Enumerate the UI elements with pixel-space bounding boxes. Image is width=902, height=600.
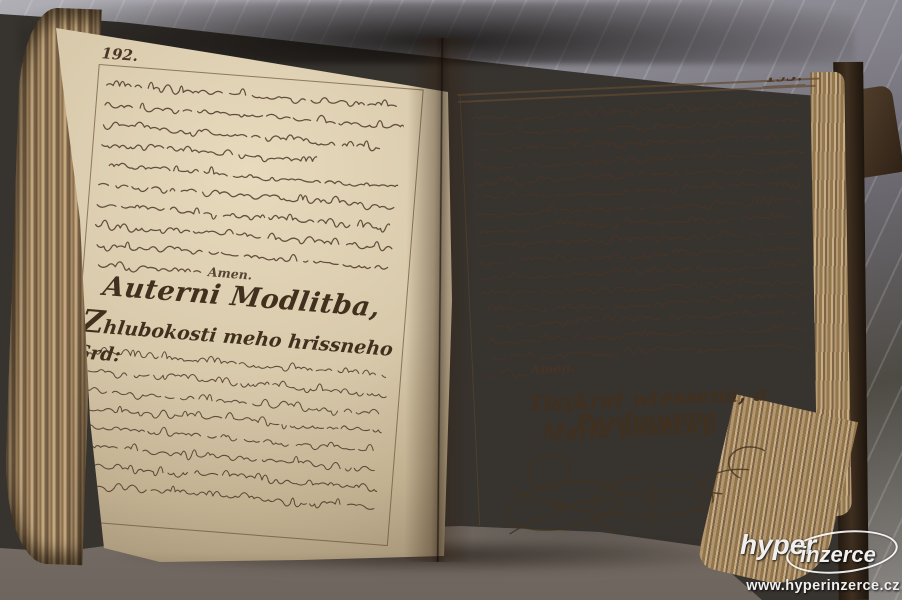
handwriting-line: Amen. [485,361,575,381]
watermark-url: www.hyperinzerce.cz [736,578,900,594]
watermark-text-inzerce: inzerce [800,542,876,568]
page-number-left: 192. [101,46,139,64]
book-gutter-shadow [404,38,477,563]
left-page-content: 192. Amen. Auterni Modlitba, Zhlubokosti… [61,48,431,573]
legible-word-amen: Amen. [530,361,575,378]
watermark-logo: hyper inzerce [736,529,900,575]
handwriting-body: Amen. [470,94,824,381]
watermark: hyper inzerce www.hyperinzerce.cz [736,529,900,594]
photo-of-open-manuscript-book: 192. Amen. Auterni Modlitba, Zhlubokosti… [0,0,902,600]
handwriting-paragraph-2 [71,340,396,516]
handwriting-paragraph-1: Amen. [90,73,415,297]
